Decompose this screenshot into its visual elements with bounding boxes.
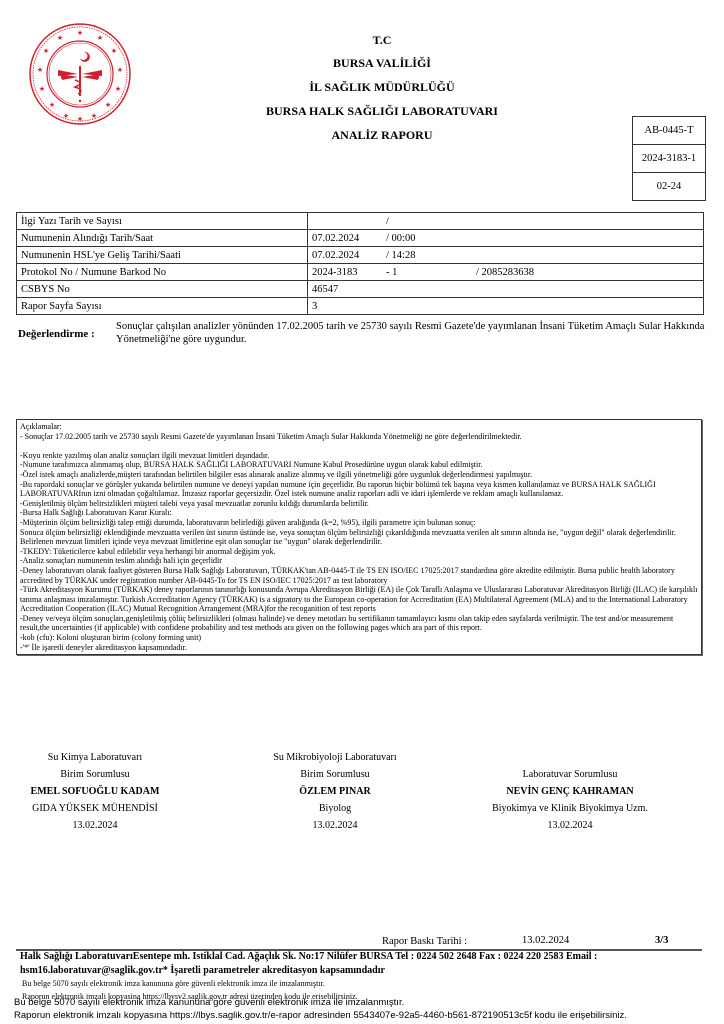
signature-date: 13.02.2024 [470, 817, 670, 834]
header-laboratory: BURSA HALK SAĞLIĞI LABORATUVARI [0, 104, 724, 119]
header-directorate: İL SAĞLIK MÜDÜRLÜĞÜ [0, 80, 724, 95]
report-title: ANALİZ RAPORU [0, 128, 724, 143]
info-value: 07.02.2024/ 14:28 [308, 247, 704, 264]
info-label: Rapor Sayfa Sayısı [17, 298, 308, 315]
explanation-item: -Numune tarafımızca alınmamış olup, BURS… [20, 460, 698, 470]
svg-text:★: ★ [111, 47, 117, 55]
signature-role: Laboratuvar Sorumlusu [470, 766, 670, 783]
print-date-label: Rapor Baskı Tarihi : [382, 936, 467, 947]
footer-verification-link-2[interactable]: Raporun elektronik imzalı kopyasına http… [14, 1010, 627, 1021]
explanation-item: -TKEDY: Tüketicilerce kabul edilebilir v… [20, 547, 698, 557]
explanation-item: -Özel istek amaçlı analizlerde,müşteri t… [20, 470, 698, 480]
signature-name: EMEL SOFUOĞLU KADAM [20, 783, 170, 800]
signature-title: GIDA YÜKSEK MÜHENDİSİ [20, 800, 170, 817]
signature-date: 13.02.2024 [20, 817, 170, 834]
signature-dept: Su Kimya Laboratuvarı [20, 749, 170, 766]
info-row: CSBYS No46547 [17, 281, 704, 298]
info-row: Rapor Sayfa Sayısı3 [17, 298, 704, 315]
info-row: Numunenin Alındığı Tarih/Saat07.02.2024/… [17, 230, 704, 247]
explanation-item: -kob (cfu): Koloni oluşturan birim (colo… [20, 633, 698, 643]
header-governorship: BURSA VALİLİĞİ [0, 56, 724, 71]
info-value: 3 [308, 298, 704, 315]
info-row: İlgi Yazı Tarih ve Sayısı/ [17, 213, 704, 230]
signature-dept: Su Mikrobiyoloji Laboratuvarı [260, 749, 410, 766]
signature-title: Biyokimya ve Klinik Biyokimya Uzm. [470, 800, 670, 817]
explanation-item: -Genişletilmiş ölçüm belirsizlikleri müş… [20, 499, 698, 509]
signature-microbiology: Su Mikrobiyoloji Laboratuvarı Birim Soru… [260, 749, 410, 834]
info-value: 46547 [308, 281, 704, 298]
info-value: / [308, 213, 704, 230]
explanation-item: -Müşterinin ölçüm belirsizliği talep ett… [20, 518, 698, 528]
svg-text:★: ★ [43, 47, 49, 55]
sample-info-table: İlgi Yazı Tarih ve Sayısı/Numunenin Alın… [16, 212, 704, 315]
accreditation-code-box: AB-0445-T 2024-3183-1 02-24 [632, 116, 706, 201]
explanation-item: -Bursa Halk Sağlığı Laboratuvarı Karar K… [20, 508, 698, 518]
signature-chemistry: Su Kimya Laboratuvarı Birim Sorumlusu EM… [20, 749, 170, 834]
print-date: 13.02.2024 [522, 935, 569, 946]
explanations-box: Açıklamalar: - Sonuçlar 17.02.2005 tarih… [16, 419, 702, 655]
footer-email: hsm16.laboratuvar@saglik.gov.tr* İşaretl… [20, 965, 385, 976]
info-label: Protokol No / Numune Barkod No [17, 264, 308, 281]
accreditation-number: AB-0445-T [633, 117, 705, 145]
evaluation-label: Değerlendirme : [18, 328, 95, 340]
explanation-item: -Deney ve/veya ölçüm sonuçları,genişleti… [20, 614, 698, 633]
info-label: Numunenin HSL'ye Geliş Tarihi/Saati [17, 247, 308, 264]
signature-role: Birim Sorumlusu [20, 766, 170, 783]
explanation-item: -'*' İle işaretli deneyler akreditasyon … [20, 643, 698, 653]
info-value: 2024-3183- 1/ 2085283638 [308, 264, 704, 281]
header-tc: T.C [0, 33, 724, 48]
info-row: Numunenin HSL'ye Geliş Tarihi/Saati07.02… [17, 247, 704, 264]
explanation-item: -Deney laboratuvarı olarak faaliyet göst… [20, 566, 698, 585]
explanations-intro: - Sonuçlar 17.02.2005 tarih ve 25730 say… [20, 432, 698, 442]
form-version: 02-24 [633, 173, 705, 200]
info-label: Numunenin Alındığı Tarih/Saat [17, 230, 308, 247]
report-number: 2024-3183-1 [633, 145, 705, 173]
footer-esign-notice: Bu belge 5070 sayılı elektronik imza kan… [22, 979, 325, 988]
info-row: Protokol No / Numune Barkod No2024-3183-… [17, 264, 704, 281]
signature-name: ÖZLEM PINAR [260, 783, 410, 800]
explanation-item: -Bu rapordaki sonuçlar ve görüşler yukar… [20, 480, 698, 499]
signature-lab-manager: Laboratuvar Sorumlusu NEVİN GENÇ KAHRAMA… [470, 766, 670, 834]
evaluation-text: Sonuçlar çalışılan analizler yönünden 17… [116, 320, 706, 346]
info-label: CSBYS No [17, 281, 308, 298]
explanation-item: -Analiz sonuçları numunenin teslim alınd… [20, 556, 698, 566]
explanation-item: Sonuca ölçüm belirsizliği eklendiğinde m… [20, 528, 698, 547]
signature-role: Birim Sorumlusu [260, 766, 410, 783]
info-value: 07.02.2024/ 00:00 [308, 230, 704, 247]
signature-date: 13.02.2024 [260, 817, 410, 834]
page-number: 3/3 [655, 935, 668, 946]
signature-name: NEVİN GENÇ KAHRAMAN [470, 783, 670, 800]
explanation-item: -Türk Akreditasyon Kurumu (TÜRKAK) deney… [20, 585, 698, 614]
explanation-item: -Koyu renkte yazılmış olan analiz sonuçl… [20, 451, 698, 461]
footer-address: Halk Sağlığı LaboratuvarıEsentepe mh. Is… [20, 951, 597, 962]
info-label: İlgi Yazı Tarih ve Sayısı [17, 213, 308, 230]
signature-title: Biyolog [260, 800, 410, 817]
explanations-title: Açıklamalar: [20, 422, 698, 432]
footer-esign-notice-2: Bu belge 5070 sayılı elektronik imza kan… [14, 997, 404, 1008]
